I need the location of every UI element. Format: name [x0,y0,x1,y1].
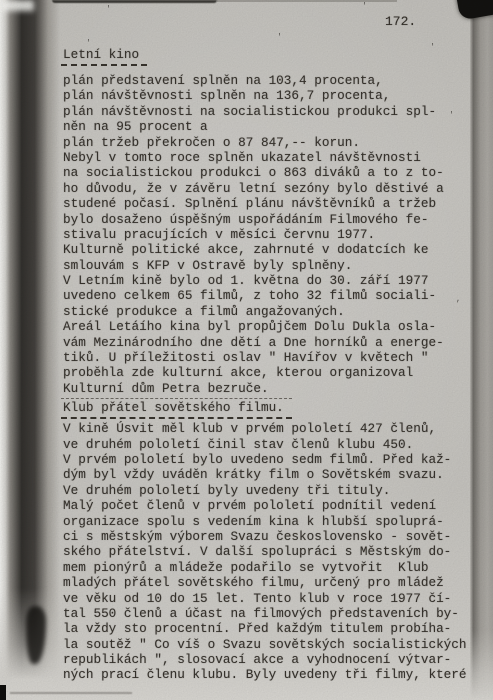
bottom-left-corner-mark [0,685,6,700]
text-line: stické produkce a filmů angažovaných. [63,304,471,319]
text-line: V prvém pololetí bylo uvedeno sedm filmů… [63,452,471,467]
text-line: la vždy sto procentní. Před každým titul… [63,621,471,636]
text-line: ve věku od 10 do 15 let. Tento klub v ro… [63,591,471,606]
text-line: vám Mezinárodního dne dětí a Dne horníků… [63,335,471,350]
text-line: něn na 95 procent a [63,119,471,134]
text-line: Ve druhém pololetí byly uvedeny tři titu… [63,483,471,498]
right-page-edge-shadow [470,0,493,700]
text-line: Kulturně politické akce, zahrnuté v doda… [63,242,471,257]
text-line: V kině Úsvit měl klub v prvém pololetí 4… [63,421,471,436]
text-line: mladých přátel sovětského filmu, určený … [63,575,471,590]
section-heading-letni-kino: Letní kino [61,48,147,66]
text-line: dým byl vždy uváděn krátky film o Sověts… [63,467,471,482]
ink-speck: ' [277,34,282,42]
text-line: V Letním kině bylo od 1. května do 30. z… [63,273,471,288]
page-content: Letní kino plán představení splněn na 10… [63,47,471,683]
text-line: smlouvám s KFP v Ostravě byly splněny. [63,258,471,273]
text-line: plán představení splněn na 103,4 procent… [63,73,471,88]
text-line: Malý počet členů v prvém pololetí podnít… [63,498,471,513]
text-line: tiků. U příležitosti oslav " Havířov v k… [63,350,471,365]
ink-speck: ' [106,6,111,14]
text-line: la soutěž " Co víš o Svazu sovětských so… [63,637,471,652]
text-line: republikách ", slosovací akce a vyhodnoc… [63,652,471,667]
ink-speck: ' [362,3,367,11]
bottom-scan-line [10,692,132,694]
text-line: plán návštěvnosti splněn na 136,7 procen… [63,88,471,103]
section-heading-klub-pratel: Klub přátel sovětského filmu. [61,398,292,419]
text-line: ci s městským výborem Svazu českoslovens… [63,529,471,544]
text-line: ve druhém pololetí činil stav členů klub… [63,437,471,452]
text-line: Areál Letáího kina byl propůjčem Dolu Du… [63,319,471,334]
text-line: Nebyl v tomto roce splněn ukazatel návšt… [63,150,471,165]
text-line: organizace spolu s vedením kina k hlubší… [63,514,471,529]
text-line: tal 550 členů a účast na filmových předs… [63,606,471,621]
text-line: ných prací členu klubu. Byly uvedeny tři… [63,667,471,682]
top-edge-shadow-faint [217,0,397,2]
text-line: mem pionýrů a mládeže podařilo se vytvoř… [63,560,471,575]
section-klub-pratel: V kině Úsvit měl klub v prvém pololetí 4… [63,421,471,683]
text-line: proběhla zde kulturní akce, kterou organ… [63,365,471,380]
top-edge-shadow [52,0,217,3]
page-number: 172. [385,14,416,29]
text-line: ho důvodu, že v závěru letní sezóny bylo… [63,181,471,196]
scanned-document-page: ' ' ' ' ' , ' 172. Letní kino plán předs… [0,0,493,700]
text-line: na socialistickou produkci o 863 diváků … [63,165,471,180]
section-letni-kino: plán představení splněn na 103,4 procent… [63,73,471,396]
text-line: stivalu pracujících v měsíci červnu 1977… [63,227,471,242]
text-line: studené počasí. Splnění plánu návštěvník… [63,196,471,211]
text-line: uvedeno celkem 65 filmů, z toho 32 filmů… [63,288,471,303]
text-line: plán tržeb překročen o 87 847,-- korun. [63,135,471,150]
text-line: plán návštěvnosti na socialistickou prod… [63,104,471,119]
text-line: Kulturní dům Petra bezruče. [63,381,471,396]
top-left-light-patch [0,0,34,11]
text-line: ského přátelství. V další spolupráci s M… [63,544,471,559]
left-binding-shadow [0,0,60,700]
text-line: bylo dosaženo úspěšným uspořádáním Filmo… [63,212,471,227]
